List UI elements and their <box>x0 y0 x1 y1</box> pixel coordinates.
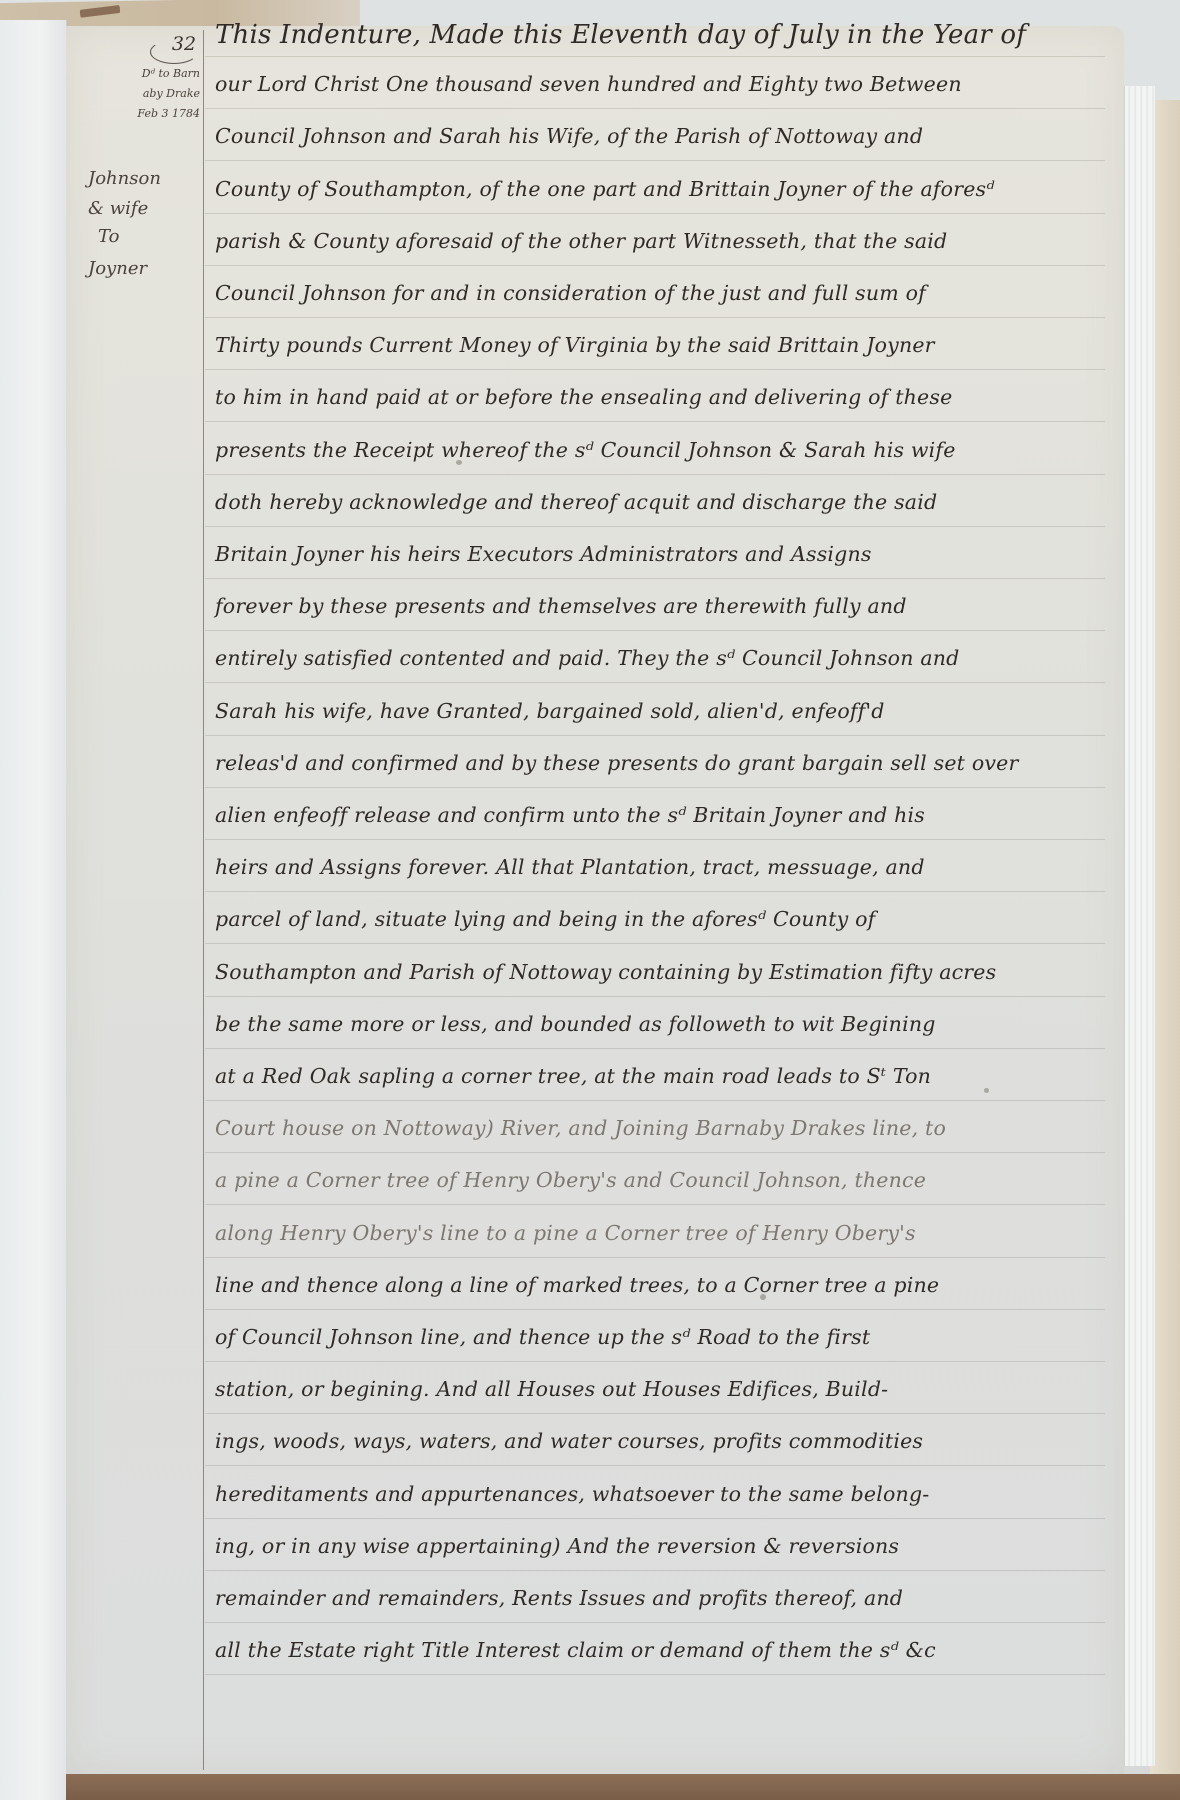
deed-line: Council Johnson for and in consideration… <box>215 281 1115 305</box>
ruled-line <box>205 1152 1105 1153</box>
ruled-line <box>205 1048 1105 1049</box>
deed-line: hereditaments and appurtenances, whatsoe… <box>215 1482 1115 1506</box>
deed-line: releas'd and confirmed and by these pres… <box>215 751 1115 775</box>
margin-note-line: To <box>88 222 204 252</box>
deed-line: Council Johnson and Sarah his Wife, of t… <box>215 124 1115 148</box>
margin-note-recorded: Dᵈ to Barn aby Drake Feb 3 1784 <box>84 64 200 124</box>
ruled-line <box>205 1204 1105 1205</box>
deed-line: County of Southampton, of the one part a… <box>215 177 1115 201</box>
ruled-line <box>205 1413 1105 1414</box>
ruled-line <box>205 943 1105 944</box>
margin-note-line: Dᵈ to Barn <box>84 64 200 84</box>
deed-line: Britain Joyner his heirs Executors Admin… <box>215 542 1115 566</box>
ruled-line <box>205 1465 1105 1466</box>
deed-line: line and thence along a line of marked t… <box>215 1273 1115 1297</box>
ruled-line <box>205 578 1105 579</box>
ruled-line <box>205 526 1105 527</box>
ink-spot <box>984 1088 989 1093</box>
ruled-line <box>205 787 1105 788</box>
folio-number: 32 <box>150 40 198 64</box>
ruled-line <box>205 317 1105 318</box>
ruled-line <box>205 1361 1105 1362</box>
ruled-line <box>205 1100 1105 1101</box>
deed-line: our Lord Christ One thousand seven hundr… <box>215 72 1115 96</box>
ruled-line <box>205 630 1105 631</box>
deed-line: presents the Receipt whereof the sᵈ Coun… <box>215 438 1115 462</box>
deed-line: Court house on Nottoway) River, and Join… <box>215 1116 1115 1140</box>
ruled-line <box>205 474 1105 475</box>
deed-line: parish & County aforesaid of the other p… <box>215 229 1115 253</box>
ruled-line <box>205 265 1105 266</box>
margin-note-line: aby Drake <box>84 84 200 104</box>
ruled-line <box>205 1309 1105 1310</box>
deed-line: remainder and remainders, Rents Issues a… <box>215 1586 1115 1610</box>
deed-line: doth hereby acknowledge and thereof acqu… <box>215 490 1115 514</box>
ruled-line <box>205 421 1105 422</box>
deed-line: Southampton and Parish of Nottoway conta… <box>215 960 1115 984</box>
deed-line: ings, woods, ways, waters, and water cou… <box>215 1429 1115 1453</box>
book-board <box>66 1774 1180 1800</box>
deed-line: forever by these presents and themselves… <box>215 594 1115 618</box>
deed-line: This Indenture, Made this Eleventh day o… <box>215 20 1115 50</box>
deed-line: ing, or in any wise appertaining) And th… <box>215 1534 1115 1558</box>
ruled-line <box>205 369 1105 370</box>
deed-line: Thirty pounds Current Money of Virginia … <box>215 333 1115 357</box>
margin-note-line: Feb 3 1784 <box>84 104 200 124</box>
ruled-line <box>205 682 1105 683</box>
ruled-line <box>205 1622 1105 1623</box>
deed-line: entirely satisfied contented and paid. T… <box>215 646 1115 670</box>
margin-note-line: & wife <box>88 196 204 222</box>
ink-spot <box>456 460 462 465</box>
ruled-line <box>205 839 1105 840</box>
ink-mark <box>80 5 121 18</box>
deed-line: all the Estate right Title Interest clai… <box>215 1638 1115 1662</box>
ruled-line <box>205 735 1105 736</box>
deed-line: at a Red Oak sapling a corner tree, at t… <box>215 1064 1115 1088</box>
left-blank-page <box>0 20 67 1800</box>
deed-line: of Council Johnson line, and thence up t… <box>215 1325 1115 1349</box>
deed-line: be the same more or less, and bounded as… <box>215 1012 1115 1036</box>
deed-line: station, or begining. And all Houses out… <box>215 1377 1115 1401</box>
deed-line: a pine a Corner tree of Henry Obery's an… <box>215 1168 1115 1192</box>
ruled-line <box>205 1257 1105 1258</box>
deed-line: Sarah his wife, have Granted, bargained … <box>215 699 1115 723</box>
deed-line: to him in hand paid at or before the ens… <box>215 385 1115 409</box>
deed-line: parcel of land, situate lying and being … <box>215 907 1115 931</box>
ruled-line <box>205 160 1105 161</box>
page-edges <box>1124 86 1155 1766</box>
ruled-line <box>205 891 1105 892</box>
ruled-line <box>205 213 1105 214</box>
ruled-line <box>205 108 1105 109</box>
ruled-line <box>205 1570 1105 1571</box>
ruled-line <box>205 1518 1105 1519</box>
ruled-line <box>205 1674 1105 1675</box>
ruled-line <box>205 56 1105 57</box>
margin-rule <box>203 30 204 1770</box>
ink-spot <box>760 1294 766 1300</box>
deed-line: heirs and Assigns forever. All that Plan… <box>215 855 1115 879</box>
margin-note-parties: Johnson & wife To Joyner <box>88 162 204 286</box>
margin-note-line: Johnson <box>88 162 204 196</box>
margin-note-line: Joyner <box>88 252 204 286</box>
deed-line: alien enfeoff release and confirm unto t… <box>215 803 1115 827</box>
ruled-line <box>205 996 1105 997</box>
deed-line: along Henry Obery's line to a pine a Cor… <box>215 1221 1115 1245</box>
